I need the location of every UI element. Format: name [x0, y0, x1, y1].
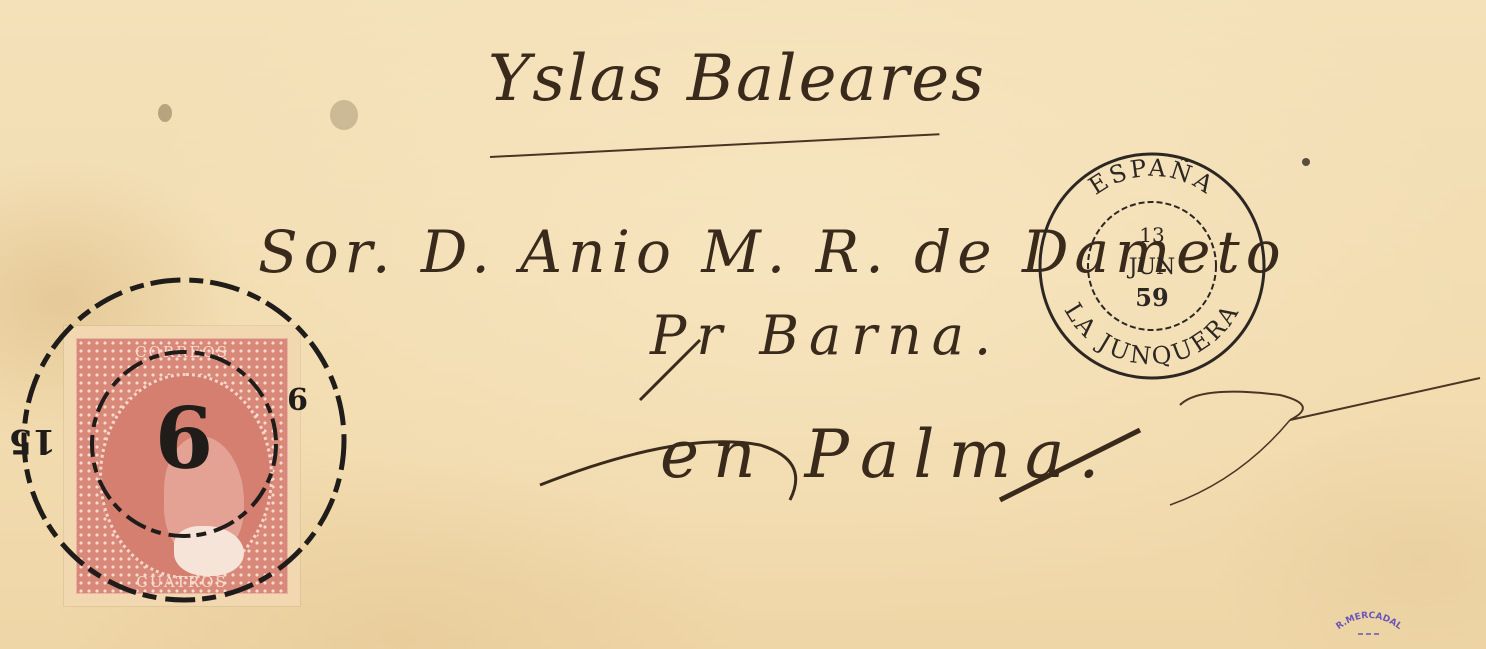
svg-text:15: 15 — [9, 421, 56, 461]
date-postmark: ESPAÑA LA JUNQUERA 13 JUN 59 — [1032, 146, 1272, 386]
svg-text:13: 13 — [1139, 223, 1164, 247]
svg-text:59: 59 — [1135, 283, 1168, 312]
numeral-cancel-postmark: 9 15 9 — [8, 276, 348, 616]
svg-text:R.MERCADAL: R.MERCADAL — [1335, 611, 1404, 632]
svg-text:JUN: JUN — [1127, 255, 1176, 280]
expert-handstamp: R.MERCADAL — [1334, 604, 1404, 640]
svg-text:ESPAÑA: ESPAÑA — [1084, 153, 1221, 200]
svg-text:9: 9 — [287, 380, 308, 415]
svg-text:9: 9 — [155, 386, 213, 485]
